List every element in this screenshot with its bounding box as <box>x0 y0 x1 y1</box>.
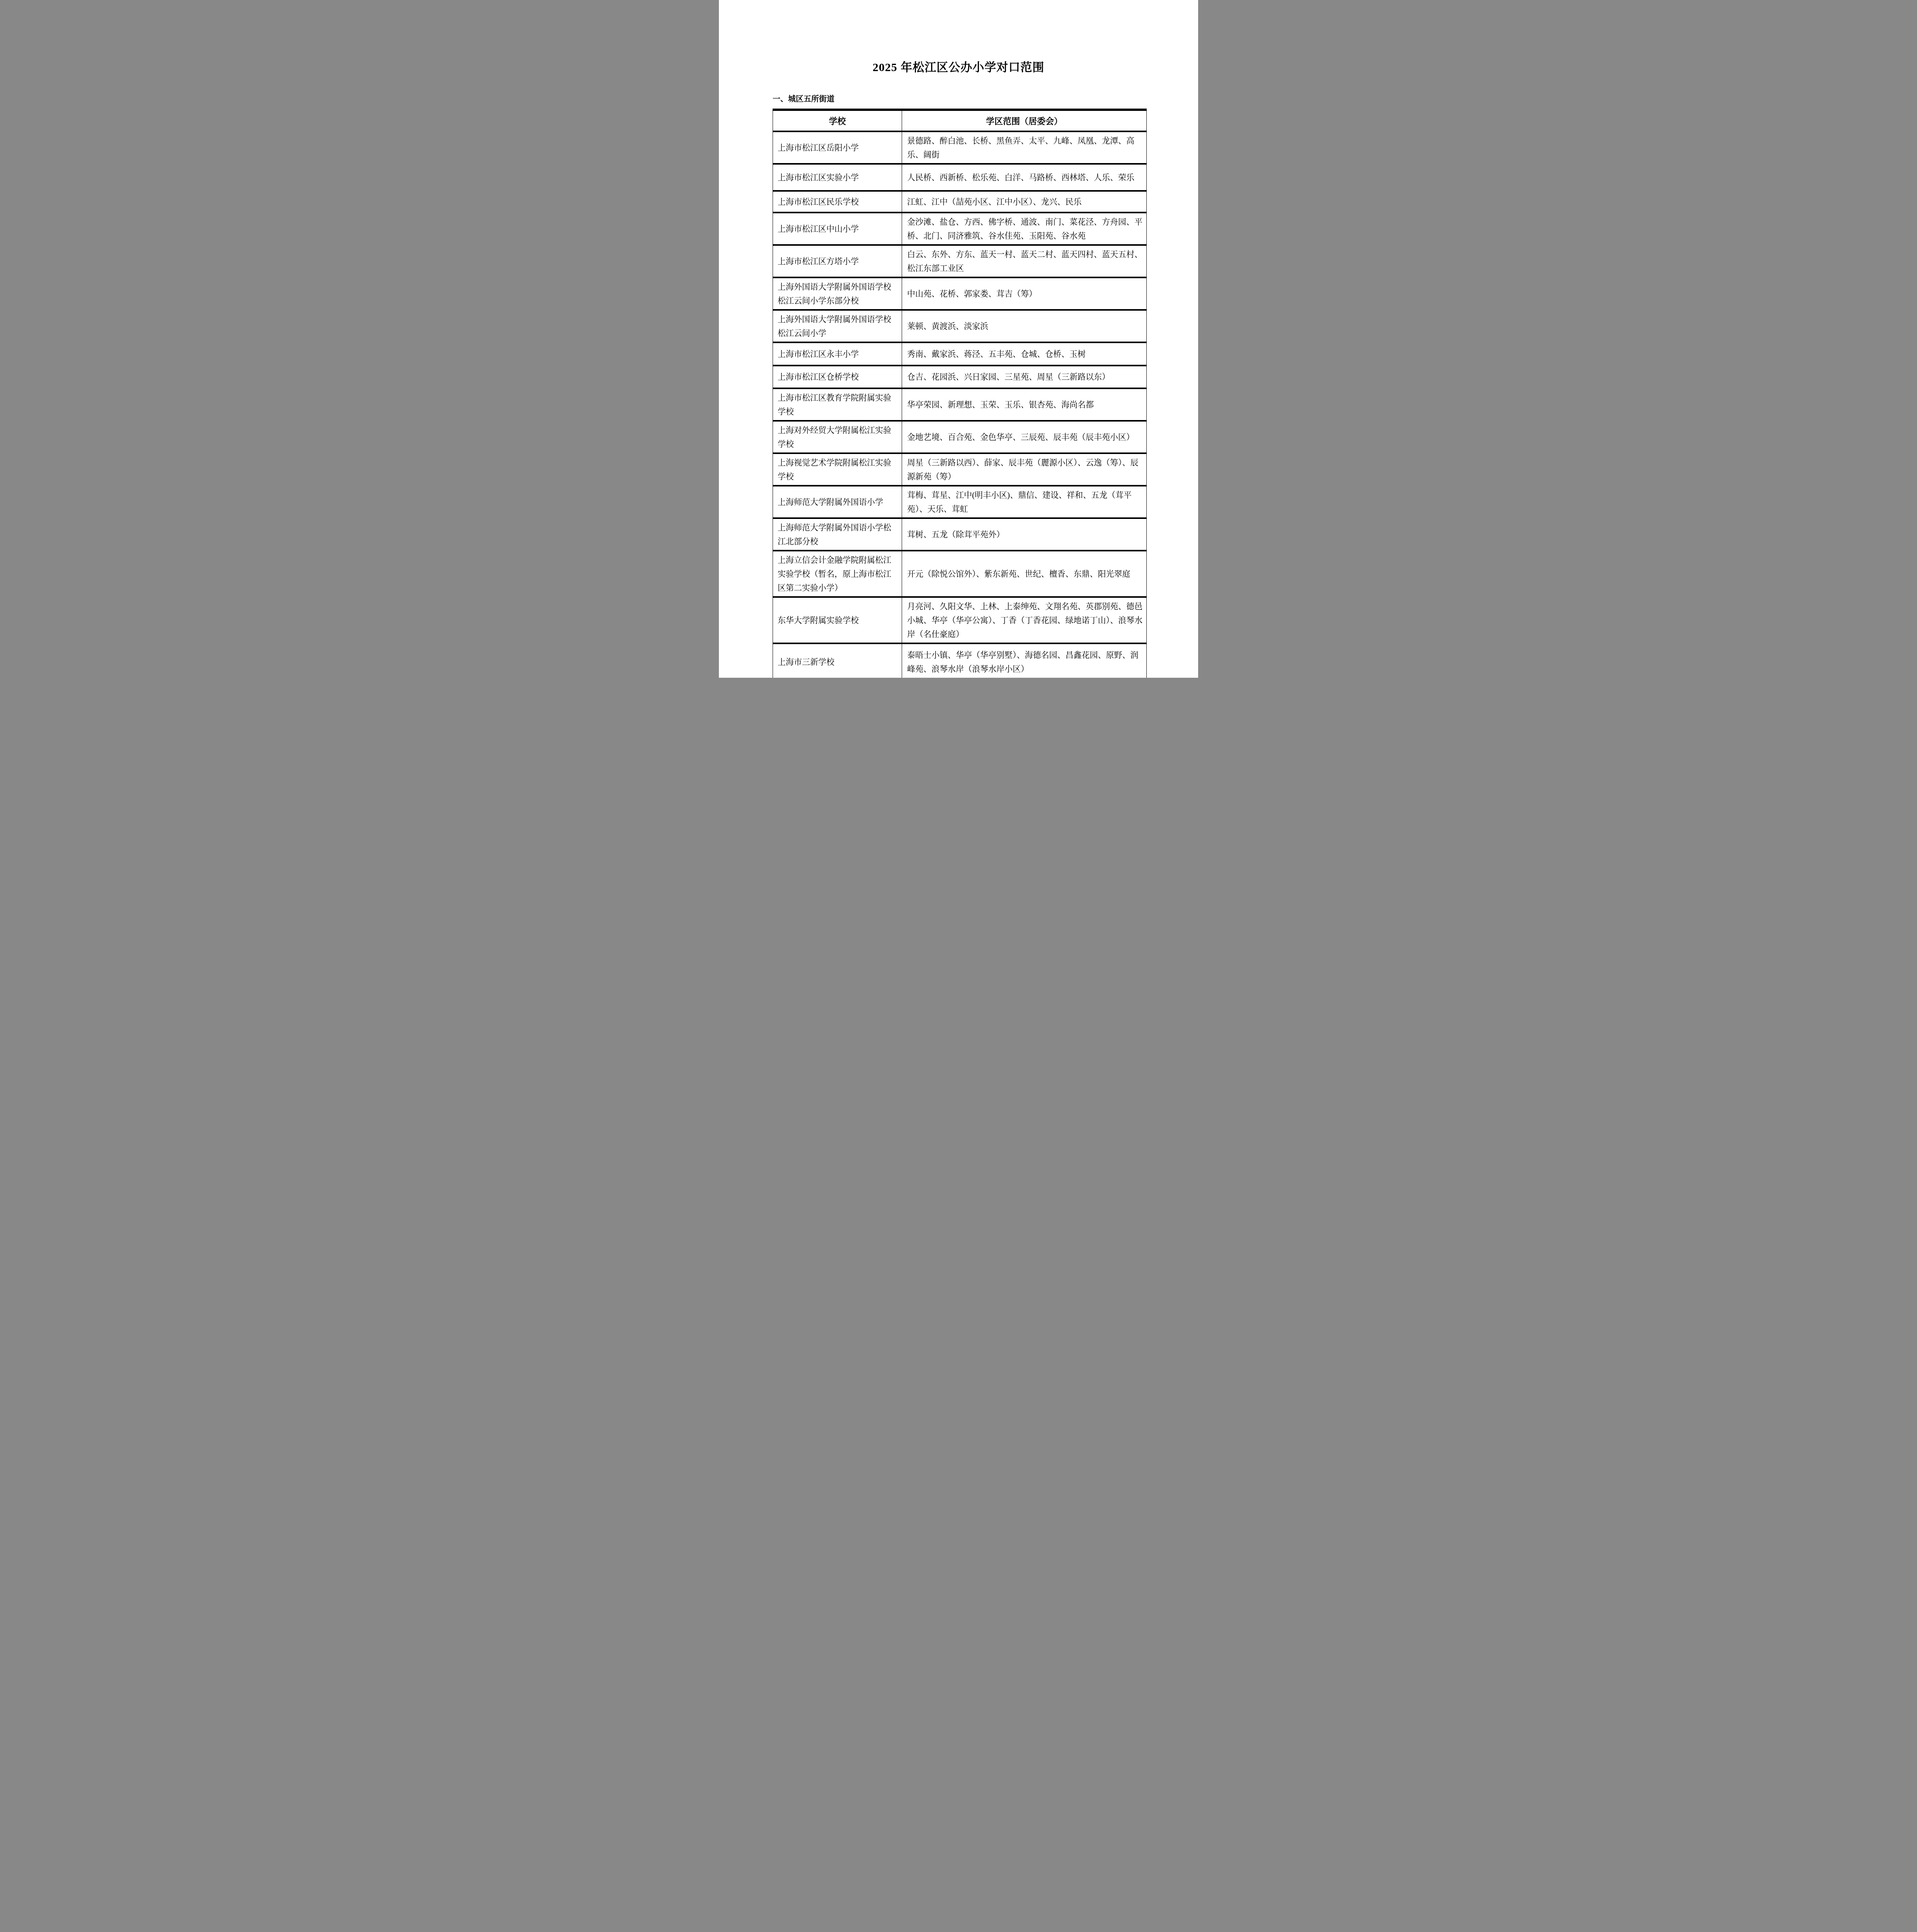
table-row: 上海外国语大学附属外国语学校松江云间小学 莱顿、黄渡浜、淡家浜 <box>773 310 1147 342</box>
school-cell: 上海立信会计金融学院附属松江实验学校（暂名，原上海市松江区第二实验小学） <box>773 551 902 597</box>
table-row: 上海视觉艺术学院附属松江实验学校 周星（三新路以西）、薛家、辰丰苑（麗源小区）、… <box>773 453 1147 486</box>
table-row: 上海市松江区实验小学 人民桥、西新桥、松乐苑、白洋、马路桥、西林塔、人乐、荣乐 <box>773 164 1147 191</box>
area-cell: 周星（三新路以西）、薛家、辰丰苑（麗源小区）、云逸（筹）、辰源新苑（筹） <box>902 453 1147 486</box>
area-cell: 江虹、江中（喆苑小区、江中小区）、龙兴、民乐 <box>902 191 1147 213</box>
area-cell: 人民桥、西新桥、松乐苑、白洋、马路桥、西林塔、人乐、荣乐 <box>902 164 1147 191</box>
area-cell: 月亮河、久阳文华、上林、上泰绅苑、文翔名苑、英郡别苑、德邑小城、华亭（华亭公寓）… <box>902 597 1147 643</box>
table-row: 上海市松江区永丰小学 秀南、戴家浜、蒋泾、五丰苑、仓城、仓桥、玉树 <box>773 342 1147 366</box>
school-cell: 上海外国语大学附属外国语学校松江云间小学东部分校 <box>773 277 902 310</box>
school-cell: 上海市松江区岳阳小学 <box>773 131 902 164</box>
column-header-school: 学校 <box>773 110 902 131</box>
school-cell: 上海市松江区永丰小学 <box>773 342 902 366</box>
table-row: 上海市三新学校 泰晤士小镇、华亭（华亭别墅）、海德名园、昌鑫花园、原野、润峰苑、… <box>773 643 1147 678</box>
school-cell: 上海市三新学校 <box>773 643 902 678</box>
area-cell: 中山苑、花桥、郭家娄、茸吉（筹） <box>902 277 1147 310</box>
school-cell: 上海市松江区中山小学 <box>773 213 902 245</box>
area-cell: 莱顿、黄渡浜、淡家浜 <box>902 310 1147 342</box>
document-page: 2025 年松江区公办小学对口范围 一、城区五所街道 学校 学区范围（居委会） … <box>719 0 1198 678</box>
column-header-district-scope: 学区范围（居委会） <box>902 110 1147 131</box>
area-cell: 金地艺境、百合苑、金色华亭、三辰苑、辰丰苑（辰丰苑小区） <box>902 421 1147 453</box>
area-cell: 茸树、五龙（除茸平苑外） <box>902 518 1147 551</box>
table-row: 上海市松江区仓桥学校 仓吉、花园浜、兴日家园、三星苑、周星（三新路以东） <box>773 366 1147 388</box>
school-cell: 上海对外经贸大学附属松江实验学校 <box>773 421 902 453</box>
table-row: 上海市松江区民乐学校 江虹、江中（喆苑小区、江中小区）、龙兴、民乐 <box>773 191 1147 213</box>
school-cell: 东华大学附属实验学校 <box>773 597 902 643</box>
school-district-table: 学校 学区范围（居委会） 上海市松江区岳阳小学 景德路、醉白池、长桥、黑鱼弄、太… <box>773 109 1147 678</box>
table-row: 上海师范大学附属外国语小学松江北部分校 茸树、五龙（除茸平苑外） <box>773 518 1147 551</box>
table-row: 东华大学附属实验学校 月亮河、久阳文华、上林、上泰绅苑、文翔名苑、英郡别苑、德邑… <box>773 597 1147 643</box>
area-cell: 秀南、戴家浜、蒋泾、五丰苑、仓城、仓桥、玉树 <box>902 342 1147 366</box>
area-cell: 仓吉、花园浜、兴日家园、三星苑、周星（三新路以东） <box>902 366 1147 388</box>
school-cell: 上海市松江区方塔小学 <box>773 245 902 277</box>
school-cell: 上海师范大学附属外国语小学 <box>773 486 902 518</box>
area-cell: 茸梅、茸星、江中(明丰小区)、鼎信、建设、祥和、五龙（茸平苑）、天乐、茸虹 <box>902 486 1147 518</box>
school-cell: 上海市松江区民乐学校 <box>773 191 902 213</box>
table-row: 上海市松江区教育学院附属实验学校 华亭荣园、新理想、玉荣、玉乐、银杏苑、海尚名都 <box>773 388 1147 421</box>
table-row: 上海市松江区方塔小学 白云、东外、方东、蓝天一村、蓝天二村、蓝天四村、蓝天五村、… <box>773 245 1147 277</box>
area-cell: 泰晤士小镇、华亭（华亭别墅）、海德名园、昌鑫花园、原野、润峰苑、浪琴水岸（浪琴水… <box>902 643 1147 678</box>
table-row: 上海对外经贸大学附属松江实验学校 金地艺境、百合苑、金色华亭、三辰苑、辰丰苑（辰… <box>773 421 1147 453</box>
page-title: 2025 年松江区公办小学对口范围 <box>719 0 1198 75</box>
table-row: 上海师范大学附属外国语小学 茸梅、茸星、江中(明丰小区)、鼎信、建设、祥和、五龙… <box>773 486 1147 518</box>
school-cell: 上海市松江区仓桥学校 <box>773 366 902 388</box>
table-row: 上海立信会计金融学院附属松江实验学校（暂名，原上海市松江区第二实验小学） 开元（… <box>773 551 1147 597</box>
area-cell: 景德路、醉白池、长桥、黑鱼弄、太平、九峰、凤凰、龙潭、高乐、阔街 <box>902 131 1147 164</box>
area-cell: 开元（除悦公馆外）、紫东新苑、世纪、檀香、东鼎、阳光翠庭 <box>902 551 1147 597</box>
section-heading: 一、城区五所街道 <box>773 93 1198 104</box>
school-cell: 上海市松江区教育学院附属实验学校 <box>773 388 902 421</box>
school-cell: 上海市松江区实验小学 <box>773 164 902 191</box>
area-cell: 金沙滩、盐仓、方西、佛字桥、通波、南门、菜花泾、方舟园、平桥、北门、同济雅筑、谷… <box>902 213 1147 245</box>
area-cell: 白云、东外、方东、蓝天一村、蓝天二村、蓝天四村、蓝天五村、松江东部工业区 <box>902 245 1147 277</box>
school-cell: 上海师范大学附属外国语小学松江北部分校 <box>773 518 902 551</box>
table-header-row: 学校 学区范围（居委会） <box>773 110 1147 131</box>
school-cell: 上海视觉艺术学院附属松江实验学校 <box>773 453 902 486</box>
table-row: 上海外国语大学附属外国语学校松江云间小学东部分校 中山苑、花桥、郭家娄、茸吉（筹… <box>773 277 1147 310</box>
area-cell: 华亭荣园、新理想、玉荣、玉乐、银杏苑、海尚名都 <box>902 388 1147 421</box>
table-row: 上海市松江区岳阳小学 景德路、醉白池、长桥、黑鱼弄、太平、九峰、凤凰、龙潭、高乐… <box>773 131 1147 164</box>
school-cell: 上海外国语大学附属外国语学校松江云间小学 <box>773 310 902 342</box>
table-row: 上海市松江区中山小学 金沙滩、盐仓、方西、佛字桥、通波、南门、菜花泾、方舟园、平… <box>773 213 1147 245</box>
